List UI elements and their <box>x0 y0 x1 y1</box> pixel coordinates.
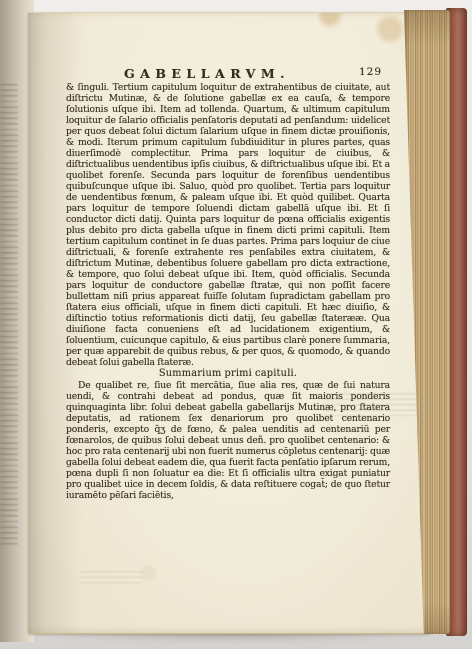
book-photograph: GABELLARVM. 129 & ſinguli. Tertium capit… <box>0 0 472 649</box>
printed-content: GABELLARVM. 129 & ſinguli. Tertium capit… <box>66 63 390 501</box>
section-heading: Summarium primi capituli. <box>66 368 390 380</box>
facing-page-text-bleed <box>1 84 18 546</box>
running-header-row: GABELLARVM. 129 <box>66 63 390 82</box>
ink-bleedthrough <box>323 393 420 416</box>
ink-bleedthrough <box>80 571 142 584</box>
running-header: GABELLARVM. <box>124 66 290 81</box>
book-page: GABELLARVM. 129 & ſinguli. Tertium capit… <box>28 12 430 634</box>
page-number: 129 <box>359 66 382 78</box>
body-text-continuation: & ſinguli. Tertium capitulum loquitur de… <box>66 82 390 368</box>
